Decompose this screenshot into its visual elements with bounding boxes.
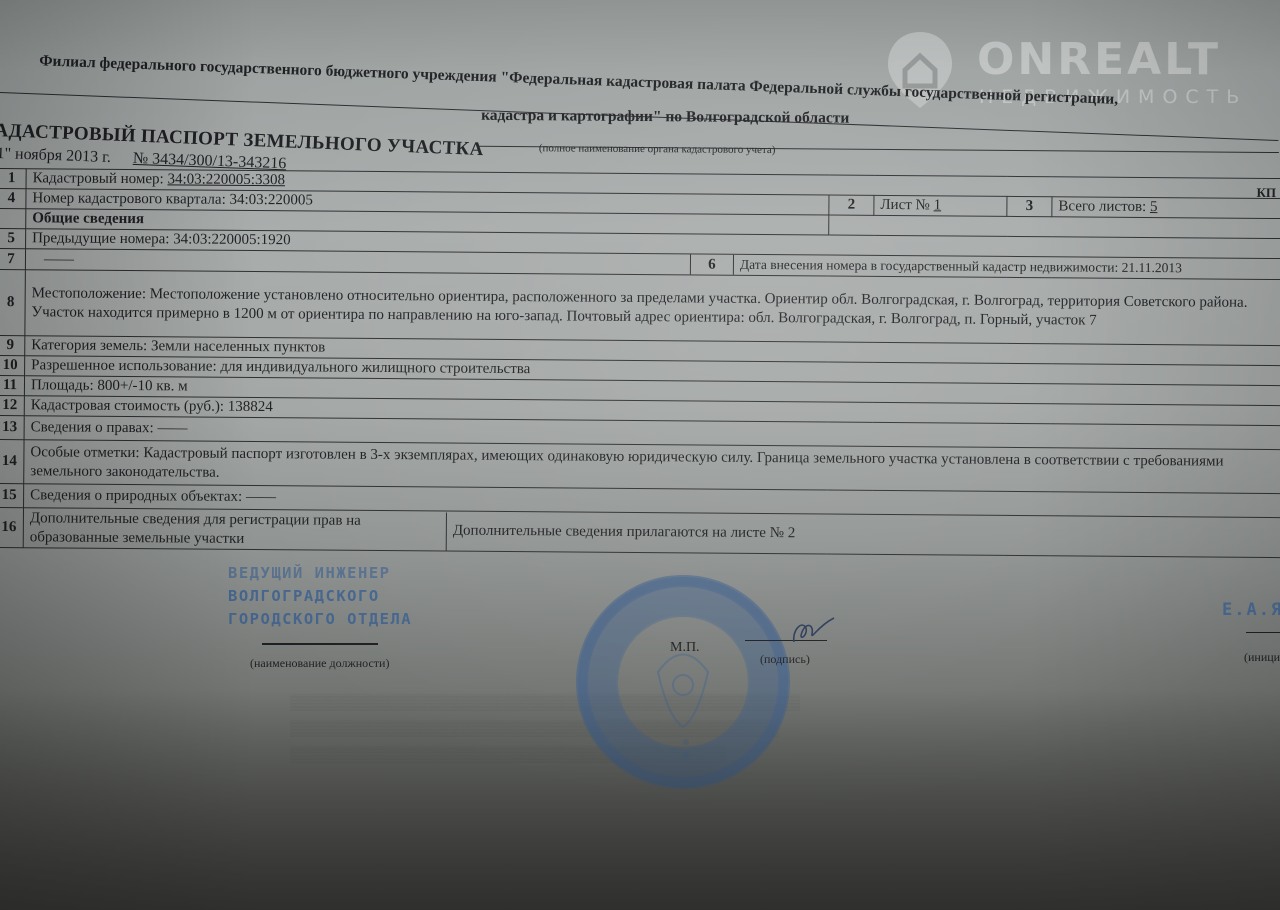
- stamp-line: ВЕДУЩИЙ ИНЖЕНЕР: [228, 562, 412, 585]
- row-content: Местоположение: Местоположение установле…: [25, 270, 1280, 346]
- table-row: 8 Местоположение: Местоположение установ…: [0, 269, 1280, 345]
- natural-objects: ——: [246, 489, 276, 505]
- row-number: 5: [0, 228, 26, 248]
- row-number: 16: [0, 507, 24, 547]
- special-notes: Кадастровый паспорт изготовлен в 3-х экз…: [30, 445, 1223, 481]
- row-label: Особые отметки:: [30, 444, 139, 461]
- rights-info: ——: [157, 420, 187, 436]
- signer-initials: Е.А.Я: [1222, 600, 1280, 620]
- stamp-line: ГОРОДСКОГО ОТДЕЛА: [228, 608, 412, 631]
- coat-of-arms-icon: [578, 577, 788, 787]
- row-number: 9: [0, 335, 25, 355]
- passport-table: 1 Кадастровый номер: 34:03:220005:3308 4…: [0, 168, 1280, 558]
- sheet-number-cell: Лист № 1: [874, 195, 1007, 216]
- row-number: [0, 208, 26, 228]
- row-number: 11: [0, 375, 25, 395]
- stamp-line: ВОЛГОГРАДСКОГО: [228, 585, 412, 608]
- sheet-field-number: 2: [829, 195, 874, 215]
- row-number: 15: [0, 483, 24, 507]
- position-caption: (наименование должности): [250, 656, 389, 671]
- total-value: 5: [1150, 199, 1158, 215]
- row-number: 8: [0, 269, 25, 335]
- organization-caption: (полное наименование органа кадастрового…: [539, 142, 776, 156]
- sheet-value: 1: [934, 197, 942, 213]
- additional-info: Дополнительные сведения прилагаются на л…: [446, 512, 1280, 557]
- quarter-number: 34:03:220005: [229, 192, 312, 209]
- row-label: Номер кадастрового квартала:: [32, 190, 225, 208]
- handwritten-signature-icon: [788, 612, 838, 648]
- row-label: Сведения о правах:: [31, 419, 154, 436]
- row-label: Предыдущие номера:: [32, 230, 169, 247]
- row-label: Категория земель:: [31, 337, 147, 354]
- land-category: Земли населенных пунктов: [151, 338, 325, 355]
- row-number: 12: [0, 395, 24, 415]
- row-number: 14: [0, 439, 24, 483]
- location-text: Местоположение установлено относительно …: [31, 286, 1247, 328]
- total-sheets-cell: Всего листов: 5: [1052, 197, 1280, 219]
- previous-numbers: 34:03:220005:1920: [173, 231, 291, 248]
- permitted-use: для индивидуального жилищного строительс…: [220, 359, 530, 377]
- row-content: Дополнительные сведения для регистрации …: [23, 508, 1280, 558]
- row-label: Местоположение:: [32, 285, 146, 302]
- row-label: Разрешенное использование:: [31, 357, 217, 374]
- row-label: Дополнительные сведения для регистрации …: [24, 509, 447, 550]
- row-label: Площадь:: [31, 377, 94, 393]
- total-field-number: 3: [1007, 196, 1052, 216]
- organization-name-line2: кадастра и картографии" по Волгоградской…: [481, 107, 849, 128]
- position-stamp: ВЕДУЩИЙ ИНЖЕНЕР ВОЛГОГРАДСКОГО ГОРОДСКОГ…: [228, 562, 412, 631]
- row-number: 1: [0, 168, 26, 188]
- document-date: 1" ноября 2013 г.: [0, 145, 111, 166]
- row-number: 7: [0, 248, 26, 269]
- date-field-number: 6: [690, 254, 733, 274]
- row-label: Кадастровая стоимость (руб.):: [31, 397, 224, 415]
- row-number: 13: [0, 415, 24, 439]
- sheet-label: Лист №: [880, 197, 930, 213]
- signature-caption: (подпись): [760, 652, 810, 667]
- total-label: Всего листов:: [1058, 198, 1146, 215]
- area-value: 800+/-10 кв. м: [97, 378, 187, 395]
- row-label: Сведения о природных объектах:: [30, 487, 242, 505]
- row-label: Кадастровый номер:: [33, 170, 164, 187]
- cadastral-number: 34:03:220005:3308: [167, 171, 285, 188]
- initials-caption: (иници: [1244, 650, 1280, 665]
- initials-rule: [1246, 632, 1280, 633]
- row-number: 10: [0, 355, 25, 375]
- official-seal: [576, 575, 790, 789]
- seal-place-label: М.П.: [670, 640, 700, 656]
- cadastral-value: 138824: [228, 399, 273, 415]
- row-number: 4: [0, 188, 26, 208]
- position-rule: [262, 643, 378, 645]
